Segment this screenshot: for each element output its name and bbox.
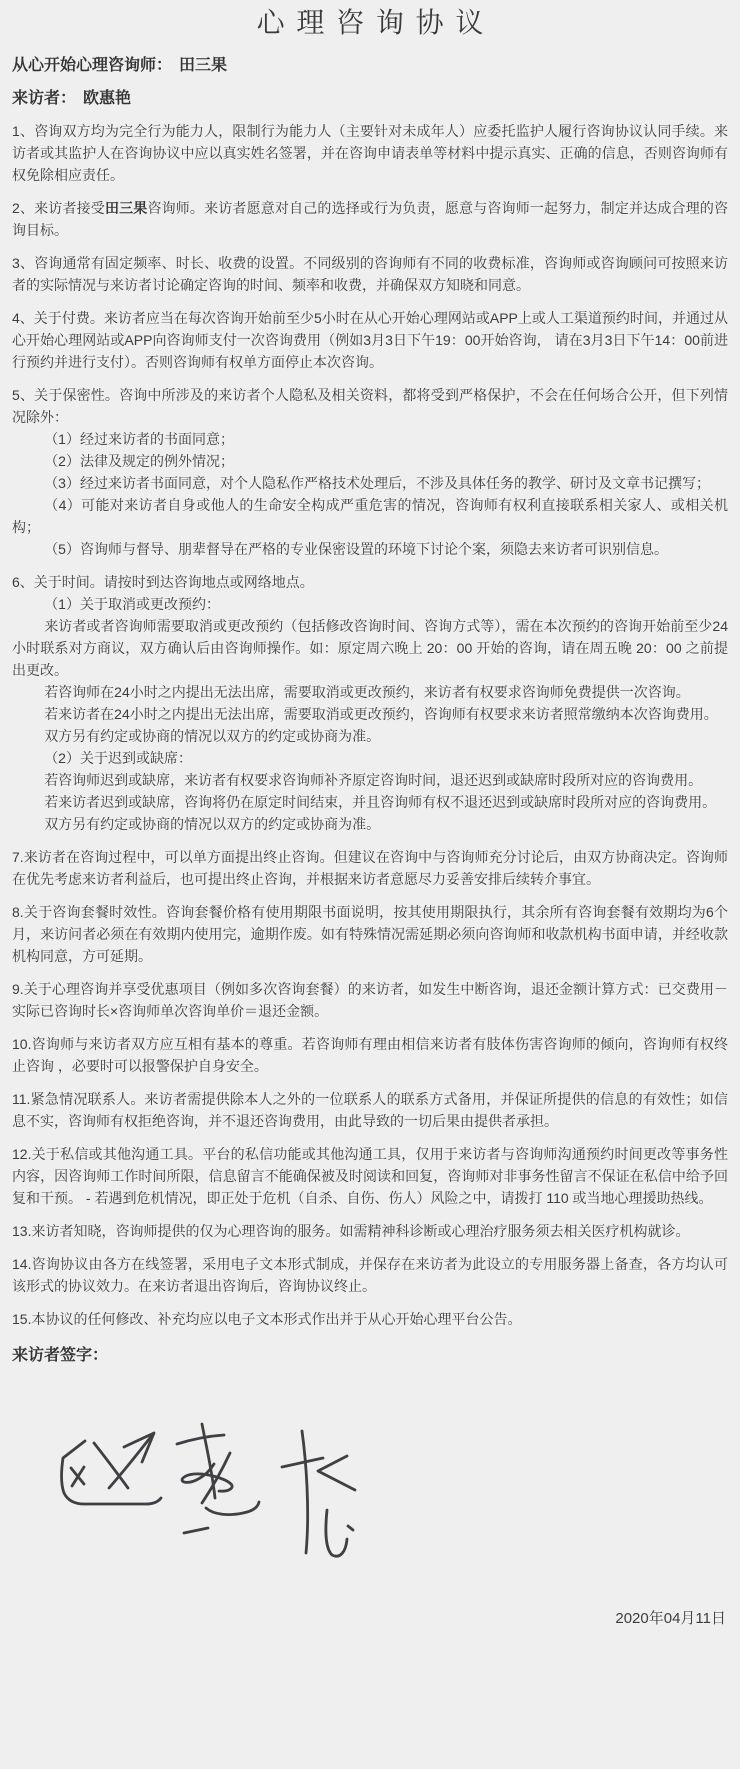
signature-stroke xyxy=(318,1456,355,1490)
agreement-paragraph: 来访者或者咨询师需要取消或更改预约（包括修改咨询时间、咨询方式等），需在本次预约… xyxy=(12,615,728,681)
agreement-paragraph: 4、关于付费。来访者应当在每次咨询开始前至少5小时在从心开始心理网站或APP上或… xyxy=(12,307,728,373)
signature-stroke xyxy=(326,1510,347,1556)
agreement-paragraph: （3）经过来访者书面同意，对个人隐私作严格技术处理后，不涉及具体任务的教学、研讨… xyxy=(12,472,728,494)
paragraph-text: 15.本协议的任何修改、补充均应以电子文本形式作出并于从心开始心理平台公告。 xyxy=(12,1311,521,1327)
page-title: 心理咨询协议 xyxy=(12,0,728,40)
paragraph-text: 双方另有约定或协商的情况以双方的约定或协商为准。 xyxy=(44,816,380,832)
agreement-paragraph: （2）法律及规定的例外情况； xyxy=(12,450,728,472)
signature-stroke xyxy=(348,1526,353,1530)
agreement-paragraph: 若来访者迟到或缺席，咨询将仍在原定时间结束，并且咨询师有权不退还迟到或缺席时段所… xyxy=(12,791,728,813)
paragraph-text: 若咨询师迟到或缺席，来访者有权要求咨询师补齐原定咨询时间，退还迟到或缺席时段所对… xyxy=(44,772,702,788)
agreement-paragraph: 5、关于保密性。咨询中所涉及的来访者个人隐私及相关资料，都将受到严格保护，不会在… xyxy=(12,384,728,428)
paragraph-bold-text: 田三果 xyxy=(105,200,148,216)
paragraph-text: 1、咨询双方均为完全行为能力人，限制行为能力人（主要针对未成年人）应委托监护人履… xyxy=(12,123,728,183)
paragraph-text: （2）关于迟到或缺席： xyxy=(44,750,192,766)
signature-stroke xyxy=(184,1528,208,1533)
signature-stroke xyxy=(177,1435,224,1444)
paragraph-text: 5、关于保密性。咨询中所涉及的来访者个人隐私及相关资料，都将受到严格保护，不会在… xyxy=(12,387,728,425)
agreement-paragraph: 若来访者在24小时之内提出无法出席，需要取消或更改预约，咨询师有权要求来访者照常… xyxy=(12,703,728,725)
agreement-paragraph: 8.关于咨询套餐时效性。咨询套餐价格有使用期限书面说明，按其使用期限执行，其余所… xyxy=(12,901,728,967)
paragraph-text: 若来访者在24小时之内提出无法出席，需要取消或更改预约，咨询师有权要求来访者照常… xyxy=(44,706,718,722)
paragraph-text: 4、关于付费。来访者应当在每次咨询开始前至少5小时在从心开始心理网站或APP上或… xyxy=(12,310,728,370)
paragraph-text: 11.紧急情况联系人。来访者需提供除本人之外的一位联系人的联系方式备用，并保证所… xyxy=(12,1091,728,1129)
paragraph-text: 来访者或者咨询师需要取消或更改预约（包括修改咨询时间、咨询方式等），需在本次预约… xyxy=(12,618,728,678)
signature-stroke xyxy=(206,1502,259,1515)
paragraph-text: （2）法律及规定的例外情况； xyxy=(44,453,234,469)
signature-stroke xyxy=(302,1431,308,1553)
paragraph-text: （5）咨询师与督导、朋辈督导在严格的专业保密设置的环境下讨论个案，须隐去来访者可… xyxy=(44,541,668,557)
signature-stroke xyxy=(282,1458,323,1467)
paragraph-text: 14.咨询协议由各方在线签署，采用电子文本形式制成，并保存在来访者为此设立的专用… xyxy=(12,1256,728,1294)
visitor-line: 来访者：欧惠艳 xyxy=(12,89,728,109)
paragraph-text: （1）经过来访者的书面同意； xyxy=(44,431,234,447)
paragraph-text: 9.关于心理咨询并享受优惠项目（例如多次咨询套餐）的来访者，如发生中断咨询，退还… xyxy=(12,981,728,1019)
agreement-paragraph: （4）可能对来访者自身或他人的生命安全构成严重危害的情况，咨询师有权利直接联系相… xyxy=(12,494,728,538)
agreement-paragraph: 9.关于心理咨询并享受优惠项目（例如多次咨询套餐）的来访者，如发生中断咨询，退还… xyxy=(12,978,728,1022)
counselor-name: 田三果 xyxy=(179,57,227,74)
agreement-paragraph: （5）咨询师与督导、朋辈督导在严格的专业保密设置的环境下讨论个案，须隐去来访者可… xyxy=(12,538,728,560)
paragraph-text: （3）经过来访者书面同意，对个人隐私作严格技术处理后，不涉及具体任务的教学、研讨… xyxy=(44,475,710,491)
paragraph-text: 若咨询师在24小时之内提出无法出席，需要取消或更改预约，来访者有权要求咨询师免费… xyxy=(44,684,690,700)
agreement-paragraph: 双方另有约定或协商的情况以双方的约定或协商为准。 xyxy=(12,725,728,747)
visitor-label: 来访者： xyxy=(12,90,76,107)
agreement-paragraph: 1、咨询双方均为完全行为能力人，限制行为能力人（主要针对未成年人）应委托监护人履… xyxy=(12,120,728,186)
agreement-paragraph: 15.本协议的任何修改、补充均应以电子文本形式作出并于从心开始心理平台公告。 xyxy=(12,1308,728,1330)
paragraph-text: （4）可能对来访者自身或他人的生命安全构成严重危害的情况，咨询师有权利直接联系相… xyxy=(12,497,728,535)
paragraph-text: 13.来访者知晓，咨询师提供的仅为心理咨询的服务。如需精神科诊断或心理治疗服务须… xyxy=(12,1223,689,1239)
counselor-line: 从心开始心理咨询师：田三果 xyxy=(12,56,728,76)
paragraph-text: 10.咨询师与来访者双方应互相有基本的尊重。若咨询师有理由相信来访者有肢体伤害咨… xyxy=(12,1036,728,1074)
agreement-paragraph: 若咨询师迟到或缺席，来访者有权要求咨询师补齐原定咨询时间，退还迟到或缺席时段所对… xyxy=(12,769,728,791)
signature-label: 来访者签字： xyxy=(12,1344,728,1368)
agreement-paragraph: 13.来访者知晓，咨询师提供的仅为心理咨询的服务。如需精神科诊断或心理治疗服务须… xyxy=(12,1220,728,1242)
agreement-paragraph: 12.关于私信或其他沟通工具。平台的私信功能或其他沟通工具，仅用于来访者与咨询师… xyxy=(12,1143,728,1209)
agreement-paragraph: 3、咨询通常有固定频率、时长、收费的设置。不同级别的咨询师有不同的收费标准，咨询… xyxy=(12,252,728,296)
signature-stroke xyxy=(94,1443,128,1488)
paragraph-text: 12.关于私信或其他沟通工具。平台的私信功能或其他沟通工具，仅用于来访者与咨询师… xyxy=(12,1146,728,1206)
paragraph-text: （1）关于取消或更改预约： xyxy=(44,596,220,612)
signature-image xyxy=(30,1400,390,1580)
agreement-paragraph: （1）关于取消或更改预约： xyxy=(12,593,728,615)
agreement-paragraph: 11.紧急情况联系人。来访者需提供除本人之外的一位联系人的联系方式备用，并保证所… xyxy=(12,1088,728,1132)
agreement-document: 心理咨询协议 从心开始心理咨询师：田三果 来访者：欧惠艳 1、咨询双方均为完全行… xyxy=(0,0,740,1630)
paragraph-text: 3、咨询通常有固定频率、时长、收费的设置。不同级别的咨询师有不同的收费标准，咨询… xyxy=(12,255,728,293)
agreement-paragraph: 10.咨询师与来访者双方应互相有基本的尊重。若咨询师有理由相信来访者有肢体伤害咨… xyxy=(12,1033,728,1077)
signature-stroke xyxy=(109,1434,153,1488)
paragraph-text: 双方另有约定或协商的情况以双方的约定或协商为准。 xyxy=(44,728,380,744)
agreement-paragraph: 2、来访者接受田三果咨询师。来访者愿意对自己的选择或行为负责，愿意与咨询师一起努… xyxy=(12,197,728,241)
visitor-name: 欧惠艳 xyxy=(83,90,131,107)
paragraph-text: 8.关于咨询套餐时效性。咨询套餐价格有使用期限书面说明，按其使用期限执行，其余所… xyxy=(12,904,728,964)
agreement-paragraph: 7.来访者在咨询过程中，可以单方面提出终止咨询。但建议在咨询中与咨询师充分讨论后… xyxy=(12,846,728,890)
agreement-paragraph: （1）经过来访者的书面同意； xyxy=(12,428,728,450)
agreement-paragraph: 14.咨询协议由各方在线签署，采用电子文本形式制成，并保存在来访者为此设立的专用… xyxy=(12,1253,728,1297)
agreement-paragraph: 双方另有约定或协商的情况以双方的约定或协商为准。 xyxy=(12,813,728,835)
paragraph-text: 若来访者迟到或缺席，咨询将仍在原定时间结束，并且咨询师有权不退还迟到或缺席时段所… xyxy=(44,794,716,810)
paragraph-text: 7.来访者在咨询过程中，可以单方面提出终止咨询。但建议在咨询中与咨询师充分讨论后… xyxy=(12,849,728,887)
agreement-paragraph: 6、关于时间。请按时到达咨询地点或网络地点。 xyxy=(12,571,728,593)
agreement-body: 1、咨询双方均为完全行为能力人，限制行为能力人（主要针对未成年人）应委托监护人履… xyxy=(12,120,728,1330)
signature-date: 2020年04月11日 xyxy=(12,1608,728,1630)
paragraph-text: 2、来访者接受 xyxy=(12,200,105,216)
paragraph-text: 6、关于时间。请按时到达咨询地点或网络地点。 xyxy=(12,574,314,590)
agreement-paragraph: 若咨询师在24小时之内提出无法出席，需要取消或更改预约，来访者有权要求咨询师免费… xyxy=(12,681,728,703)
counselor-label: 从心开始心理咨询师： xyxy=(12,57,172,74)
agreement-paragraph: （2）关于迟到或缺席： xyxy=(12,747,728,769)
signature-stroke xyxy=(182,1464,232,1491)
